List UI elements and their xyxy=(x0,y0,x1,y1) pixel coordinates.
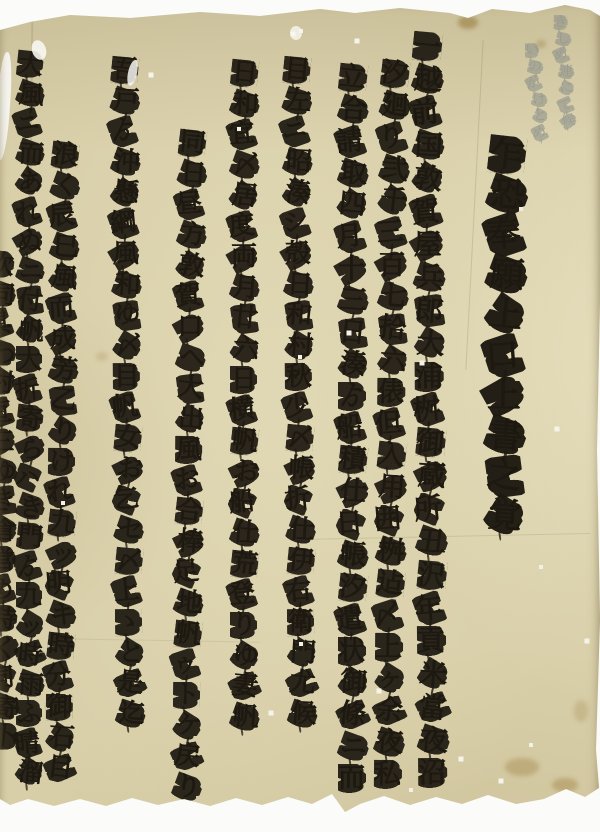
paper-stain xyxy=(552,778,578,792)
paper-stain xyxy=(458,16,478,29)
calligraphy-char: 弐 xyxy=(378,152,411,186)
wormhole-specks xyxy=(0,0,2,2)
calligraphy-char: 乍 xyxy=(485,133,528,177)
calligraphy-char: 付 xyxy=(15,285,47,317)
calligraphy-char: 昭 xyxy=(283,146,315,178)
calligraphy-char: 風 xyxy=(111,239,141,270)
calligraphy-char: 懸 xyxy=(110,176,143,209)
calligraphy-char: 之 xyxy=(483,454,526,498)
calligraphy-char: 乞 xyxy=(110,483,143,516)
calligraphy-char: 私 xyxy=(372,759,403,791)
calligraphy-char: 浦 xyxy=(413,360,445,393)
calligraphy-char: 越 xyxy=(411,62,445,97)
calligraphy-char: 而 xyxy=(45,292,77,325)
calligraphy-char: く xyxy=(0,633,21,664)
calligraphy-char: 帆 xyxy=(109,391,142,424)
calligraphy-char: 具 xyxy=(0,308,15,340)
manuscript-paper: きしめ連にて候 いのかけとめ 乍恐奉願上口上書之覚 一越前国敦賀屋兵郎大浦桝御蔵… xyxy=(0,0,600,832)
calligraphy-char: 四 xyxy=(335,188,369,223)
calligraphy-char: 卜 xyxy=(0,721,21,753)
calligraphy-char: 石 xyxy=(45,722,77,755)
calligraphy-char: 殻 xyxy=(283,239,313,270)
calligraphy-char: 風 xyxy=(174,435,204,466)
calligraphy-char: 横 xyxy=(226,394,258,427)
calligraphy-char: 目 xyxy=(112,362,142,393)
calligraphy-char: ニ xyxy=(16,256,47,287)
calligraphy-char: 荒 xyxy=(228,547,261,581)
calligraphy-char: 明 xyxy=(43,568,75,601)
calligraphy-char: ぬ xyxy=(15,227,44,257)
calligraphy-char: 上 xyxy=(110,575,143,608)
calligraphy-char: ト xyxy=(172,680,202,711)
calligraphy-char: 七 xyxy=(377,280,410,314)
calligraphy-char: ゆ xyxy=(111,299,144,332)
calligraphy-char: 〆 xyxy=(113,544,146,577)
calligraphy-char: い xyxy=(524,42,540,59)
calligraphy-char: 昼 xyxy=(173,188,205,221)
paper-stain xyxy=(574,700,588,722)
calligraphy-char: 〆 xyxy=(230,149,262,182)
calligraphy-char: 合 xyxy=(337,93,370,127)
calligraphy-char: 湊 xyxy=(337,348,370,382)
calligraphy-char: 登 xyxy=(226,578,258,611)
calligraphy-char: 寄 xyxy=(0,692,21,723)
calligraphy-char: 状 xyxy=(336,635,367,667)
calligraphy-char: 大 xyxy=(15,345,44,375)
calligraphy-char: ッ xyxy=(47,538,79,571)
calligraphy-char: 而 xyxy=(336,763,367,795)
calligraphy-char: 風 xyxy=(48,261,81,295)
calligraphy-char: 棒 xyxy=(174,526,206,559)
calligraphy-char: 仕 xyxy=(337,475,370,509)
calligraphy-char: 帆 xyxy=(16,315,47,346)
calligraphy-char: 候 xyxy=(560,112,577,130)
calligraphy-char: 用 xyxy=(375,471,408,505)
calligraphy-char: 一 xyxy=(409,29,444,65)
calligraphy-char: 大 xyxy=(15,49,47,81)
calligraphy-char: 目 xyxy=(281,54,314,87)
calligraphy-char: 日 xyxy=(335,315,369,350)
calligraphy-char: 連 xyxy=(558,63,574,80)
calligraphy-char: 日 xyxy=(177,158,209,191)
paper-stain xyxy=(96,352,108,361)
calligraphy-char: 度 xyxy=(226,210,258,243)
calligraphy-char: 貢 xyxy=(415,624,447,657)
calligraphy-char: セ xyxy=(114,514,146,546)
calligraphy-char: 丑 xyxy=(415,524,449,559)
calligraphy-char: 月 xyxy=(333,220,367,254)
calligraphy-char: 帳 xyxy=(286,453,318,485)
calligraphy-char: ヘ xyxy=(176,342,208,375)
calligraphy-char: 請 xyxy=(333,124,367,158)
edge-tear xyxy=(290,26,302,40)
calligraphy-char: 巳 xyxy=(50,231,82,264)
calligraphy-char: 敦 xyxy=(175,249,208,283)
calligraphy-char: 折 xyxy=(282,483,315,516)
calligraphy-char: 廿 xyxy=(228,302,261,336)
calligraphy-char: 十 xyxy=(336,253,367,285)
calligraphy-char: 三 xyxy=(337,284,370,318)
calligraphy-char: 廻 xyxy=(379,89,412,123)
calligraphy-char: 両 xyxy=(229,242,259,273)
calligraphy-char: 辰 xyxy=(46,200,78,233)
calligraphy-char: 三 xyxy=(0,427,16,457)
calligraphy-char: 書 xyxy=(485,414,527,457)
calligraphy-char: 風 xyxy=(16,79,47,110)
calligraphy-char: 伊 xyxy=(285,544,318,577)
calligraphy-char: 拾 xyxy=(375,311,409,346)
calligraphy-char: 湊 xyxy=(282,176,315,209)
calligraphy-char: 仕 xyxy=(286,514,318,546)
text-column-9: 大風ニ而あれぬニ付帆大折寄らハき門ゟ九ッ時雨ふ晴溜 xyxy=(15,50,44,788)
calligraphy-char: 村 xyxy=(0,367,18,399)
calligraphy-char: り xyxy=(172,771,204,804)
calligraphy-char: 兵 xyxy=(413,260,447,295)
faint-annotation-column: いのかけとめ xyxy=(522,41,550,141)
calligraphy-char: 時 xyxy=(0,603,20,635)
calligraphy-char: ゟ xyxy=(106,115,139,148)
calligraphy-char: ゆ xyxy=(230,640,262,673)
calligraphy-char: 上 xyxy=(484,375,523,415)
calligraphy-char: 囲 xyxy=(371,503,404,537)
calligraphy-char: 覚 xyxy=(484,495,526,538)
calligraphy-char: 郎 xyxy=(412,293,447,329)
calligraphy-char: 秋 xyxy=(284,362,314,393)
calligraphy-char: 沢 xyxy=(414,557,449,593)
calligraphy-char: 村 xyxy=(285,330,317,362)
title-column: 乍恐奉願上口上書之覚 xyxy=(483,135,526,536)
calligraphy-char: わ xyxy=(0,338,18,369)
calligraphy-char: お xyxy=(171,464,203,497)
calligraphy-char: 大 xyxy=(174,372,207,406)
calligraphy-char: き xyxy=(0,485,19,517)
calligraphy-char: 百 xyxy=(376,249,407,281)
calligraphy-char: 夜 xyxy=(373,726,406,760)
calligraphy-char: に xyxy=(558,80,574,97)
calligraphy-char: シ xyxy=(279,207,312,240)
calligraphy-char: 九 xyxy=(46,506,79,540)
calligraphy-char: 左 xyxy=(283,85,315,117)
calligraphy-char: 御 xyxy=(337,666,370,700)
text-column-8: 浪く辰巳風而成芳乙りけれ九ッ明キ時分御石目 xyxy=(44,140,80,784)
calligraphy-char: り xyxy=(374,121,407,155)
calligraphy-char: 船 xyxy=(226,486,258,519)
calligraphy-char: 衛 xyxy=(286,607,316,638)
calligraphy-char: れ xyxy=(12,196,43,228)
calligraphy-char: 綱 xyxy=(107,207,140,240)
calligraphy-char: 迄 xyxy=(116,698,148,730)
calligraphy-char: ケ xyxy=(173,710,205,743)
calligraphy-char: ニ xyxy=(278,115,311,148)
calligraphy-char: ヶ xyxy=(374,662,407,696)
calligraphy-char: 日 xyxy=(284,269,316,301)
calligraphy-char: 戸 xyxy=(111,85,143,117)
calligraphy-char: ニ xyxy=(337,730,370,764)
calligraphy-char: 和 xyxy=(230,88,262,121)
paper-crease xyxy=(465,40,483,370)
calligraphy-char: 亘 xyxy=(0,396,15,428)
calligraphy-char: と xyxy=(532,108,548,125)
calligraphy-char: 當 xyxy=(415,689,450,725)
calligraphy-char: 六 xyxy=(376,344,409,378)
calligraphy-char: 桝 xyxy=(375,535,408,569)
calligraphy-char: 取 xyxy=(337,157,370,191)
text-column-1: 一越前国敦賀屋兵郎大浦桝御蔵所丑沢年貢米當夜沼 xyxy=(410,30,449,790)
calligraphy-char: 御 xyxy=(45,692,75,723)
text-column-3: 立合請取四月十三日湊ゟ船積仕日帳汐遣状御條ニ而 xyxy=(336,62,367,795)
calligraphy-char: 居 xyxy=(228,179,261,213)
calligraphy-char: ゥ xyxy=(169,648,201,681)
calligraphy-char: 屋 xyxy=(411,228,443,261)
calligraphy-char: 立 xyxy=(335,60,369,95)
calligraphy-char: 宜 xyxy=(226,118,258,151)
calligraphy-char: き xyxy=(553,14,569,31)
calligraphy-char: 吹 xyxy=(0,249,17,281)
calligraphy-char: 門 xyxy=(287,637,319,669)
calligraphy-char: 右 xyxy=(282,575,315,608)
calligraphy-char: お xyxy=(230,456,262,489)
calligraphy-char: あ xyxy=(15,167,47,199)
calligraphy-char: 〆 xyxy=(113,330,145,362)
calligraphy-char: 女 xyxy=(112,422,145,455)
calligraphy-char: 仕 xyxy=(230,517,262,550)
calligraphy-char: 少 xyxy=(281,391,314,424)
calligraphy-char: 出 xyxy=(175,403,207,436)
calligraphy-char: ゆ xyxy=(0,456,19,487)
text-column-5: 日和宜〆居度両月廿六日横帆お船仕荒登りゆ妻帆 xyxy=(229,58,259,733)
calligraphy-char: 妻 xyxy=(228,670,261,704)
text-column-6: 同日昼方敦賀口ヘ大出風お合棒足地帆ゥトケ戻り xyxy=(171,128,207,803)
calligraphy-char: 而 xyxy=(16,138,47,169)
calligraphy-char: 遣 xyxy=(333,602,367,636)
calligraphy-char: 候 xyxy=(288,698,320,730)
calligraphy-char: 足 xyxy=(170,556,202,589)
calligraphy-char: 上 xyxy=(373,631,404,663)
calligraphy-char: 芳 xyxy=(49,354,81,387)
calligraphy-char: 日 xyxy=(228,57,261,91)
calligraphy-char: 同 xyxy=(176,126,209,160)
calligraphy-char: ら xyxy=(16,433,47,464)
calligraphy-char: 帆 xyxy=(230,701,262,734)
calligraphy-char: き xyxy=(16,492,47,523)
calligraphy-char: 〆 xyxy=(284,422,317,455)
calligraphy-char: け xyxy=(531,91,548,108)
calligraphy-char: と xyxy=(115,637,147,669)
text-column-4: 目左ニ昭湊シ殻日和村秋少〆帳折仕伊右衛門尤候 xyxy=(281,55,317,730)
faint-annotation-column: きしめ連にて候 xyxy=(551,14,577,131)
calligraphy-char: 願 xyxy=(486,254,528,297)
paper-stain xyxy=(505,758,539,776)
calligraphy-char: 成 xyxy=(48,324,78,355)
calligraphy-char: 賀 xyxy=(172,280,204,313)
calligraphy-char: め xyxy=(530,123,549,143)
calligraphy-char: 六 xyxy=(230,333,262,366)
calligraphy-char: 同 xyxy=(0,279,18,310)
calligraphy-char: 沖 xyxy=(111,146,143,178)
calligraphy-char: 帳 xyxy=(337,539,370,573)
calligraphy-char: 沼 xyxy=(416,757,448,790)
calligraphy-char: 是 xyxy=(114,667,147,700)
calligraphy-char: め xyxy=(551,46,570,65)
calligraphy-char: 国 xyxy=(412,128,446,163)
calligraphy-char: 戻 xyxy=(171,740,204,774)
calligraphy-char: 口 xyxy=(175,312,205,343)
calligraphy-char: 同 xyxy=(0,662,18,694)
calligraphy-char: 汐 xyxy=(377,56,411,91)
calligraphy-char: 入 xyxy=(374,439,408,474)
calligraphy-char: 方 xyxy=(177,219,209,252)
calligraphy-char: 米 xyxy=(416,657,450,692)
scan-background: きしめ連にて候 いのかけとめ 乍恐奉願上口上書之覚 一越前国敦賀屋兵郎大浦桝御蔵… xyxy=(0,0,600,832)
calligraphy-char: 但 xyxy=(372,407,405,441)
text-column-7: 吾戸ゟ沖懸綱風和ゆ〆目帆女お乞セ〆上ゝと是迄 xyxy=(109,55,145,730)
calligraphy-char: 敦 xyxy=(410,161,445,197)
calligraphy-char: 浪 xyxy=(49,138,82,172)
calligraphy-char: 〆 xyxy=(370,598,403,632)
calligraphy-char: 積 xyxy=(335,443,369,478)
calligraphy-char: 所 xyxy=(410,491,445,527)
calligraphy-char: 夜 xyxy=(417,723,451,758)
edge-tear xyxy=(0,52,14,161)
calligraphy-char: 年 xyxy=(411,590,446,626)
calligraphy-char: 賀 xyxy=(408,194,443,230)
calligraphy-char: 和 xyxy=(112,269,144,301)
calligraphy-char: 帆 xyxy=(172,617,205,651)
calligraphy-char: ゝ xyxy=(114,607,144,638)
calligraphy-char: 三 xyxy=(373,216,406,250)
calligraphy-char: 吾 xyxy=(109,54,142,87)
text-column-2: 汐廻り弐千三百七拾六俵但入用囲桝迠〆上ヶ余夜私 xyxy=(372,58,409,791)
calligraphy-char: 條 xyxy=(335,698,369,733)
calligraphy-char: キ xyxy=(47,599,79,632)
calligraphy-char: し xyxy=(555,30,571,47)
calligraphy-char: 俵 xyxy=(375,376,406,408)
calligraphy-char: 地 xyxy=(174,587,206,620)
calligraphy-char: 日 xyxy=(229,365,259,396)
calligraphy-char: り xyxy=(48,415,80,448)
calligraphy-char: 上 xyxy=(484,293,527,337)
calligraphy-char: 月 xyxy=(230,272,262,305)
calligraphy-char: 船 xyxy=(333,411,367,445)
calligraphy-char: 恐 xyxy=(487,174,529,217)
calligraphy-char: 和 xyxy=(283,299,316,332)
calligraphy-char: く xyxy=(50,170,82,203)
calligraphy-char: ニ xyxy=(12,108,43,140)
calligraphy-char: 余 xyxy=(372,694,406,729)
calligraphy-char: り xyxy=(229,610,259,641)
calligraphy-char: 合 xyxy=(173,494,206,528)
calligraphy-char: 寄 xyxy=(15,403,47,435)
calligraphy-char: 営 xyxy=(0,545,17,575)
calligraphy-char: れ xyxy=(44,476,76,509)
calligraphy-char: 帆 xyxy=(228,425,261,459)
calligraphy-char: 尤 xyxy=(286,667,319,700)
calligraphy-char: 奉 xyxy=(482,214,524,257)
calligraphy-char: 目 xyxy=(44,752,77,786)
calligraphy-char: 千 xyxy=(376,184,410,219)
calligraphy-char: 蔵 xyxy=(415,458,449,493)
calligraphy-char: 乙 xyxy=(47,384,80,418)
calligraphy-char: め xyxy=(0,573,17,605)
calligraphy-char: 御 xyxy=(413,425,448,461)
calligraphy-char: お xyxy=(114,453,146,485)
calligraphy-char: 汐 xyxy=(335,570,369,605)
calligraphy-char: 日 xyxy=(333,507,367,541)
calligraphy-char: ゟ xyxy=(336,381,367,413)
calligraphy-char: 迠 xyxy=(373,566,407,601)
calligraphy-char: 溜 xyxy=(15,757,47,789)
calligraphy-char: け xyxy=(47,447,77,478)
calligraphy-char: 大 xyxy=(413,326,447,361)
calligraphy-char: 桝 xyxy=(409,392,444,428)
calligraphy-char: 倉 xyxy=(0,515,20,546)
calligraphy-char: か xyxy=(523,74,542,94)
calligraphy-char: 口 xyxy=(481,334,523,377)
calligraphy-char: 時 xyxy=(45,629,78,663)
